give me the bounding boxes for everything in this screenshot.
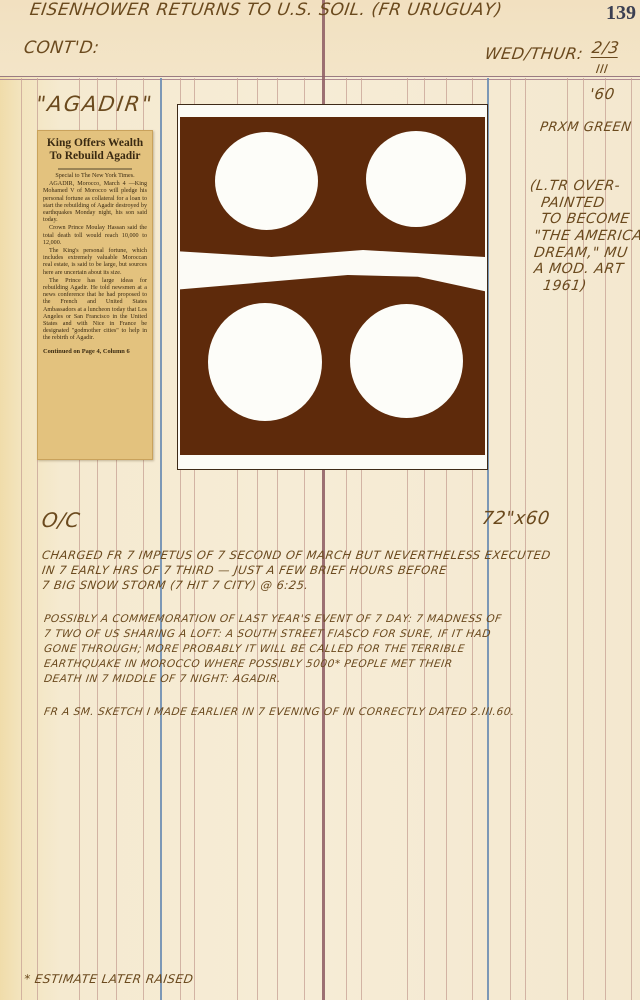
circle-bottom-right — [350, 304, 463, 418]
contd-label: CONT'D: — [23, 38, 101, 58]
clipping-paragraph: The King's personal fortune, which inclu… — [43, 248, 147, 277]
clipping-paragraph: The Prince has large ideas for rebuildin… — [43, 278, 147, 343]
clipping-body: Special to The New York Times. AGADIR, M… — [38, 173, 152, 343]
circle-top-right — [366, 131, 466, 227]
clipping-headline: King Offers Wealth To Rebuild Agadir — [38, 131, 152, 165]
circle-top-left — [215, 132, 318, 230]
clipping-continued: Continued on Page 4, Column 6 — [38, 344, 152, 359]
newspaper-clipping: King Offers Wealth To Rebuild Agadir Spe… — [37, 130, 153, 460]
clipping-dateline: Special to The New York Times. — [43, 173, 147, 180]
medium: O/C — [40, 508, 81, 532]
date-year: '60 — [589, 85, 616, 103]
color-note: PRXM GREEN — [539, 120, 632, 135]
painting-sketch — [177, 104, 488, 470]
entry-title: "AGADIR" — [34, 92, 155, 116]
footnote: * ESTIMATE LATER RAISED — [23, 972, 194, 986]
date-days: WED/THUR: — [484, 44, 585, 63]
header-rule-bottom — [0, 79, 640, 80]
dimensions: 72"x60 — [481, 508, 552, 529]
ledger-page: 139 EISENHOWER RETURNS TO U.S. SOIL. (FR… — [0, 0, 640, 1000]
clipping-paragraph: AGADIR, Morocco, March 4 —King Mohamed V… — [43, 181, 147, 224]
page-number: 139 — [606, 2, 636, 25]
date-month: III — [595, 62, 609, 76]
clipping-rule — [58, 168, 132, 170]
circle-bottom-left — [208, 303, 322, 421]
clipping-paragraph: Crown Prince Moulay Hassan said the tota… — [43, 225, 147, 247]
header-line: EISENHOWER RETURNS TO U.S. SOIL. (FR URU… — [29, 0, 504, 20]
notes-paragraph-3: FR A SM. SKETCH I MADE EARLIER IN 7 EVEN… — [43, 706, 515, 718]
header-rule-top — [0, 76, 640, 77]
date-day-fraction: 2/3 — [591, 38, 621, 58]
